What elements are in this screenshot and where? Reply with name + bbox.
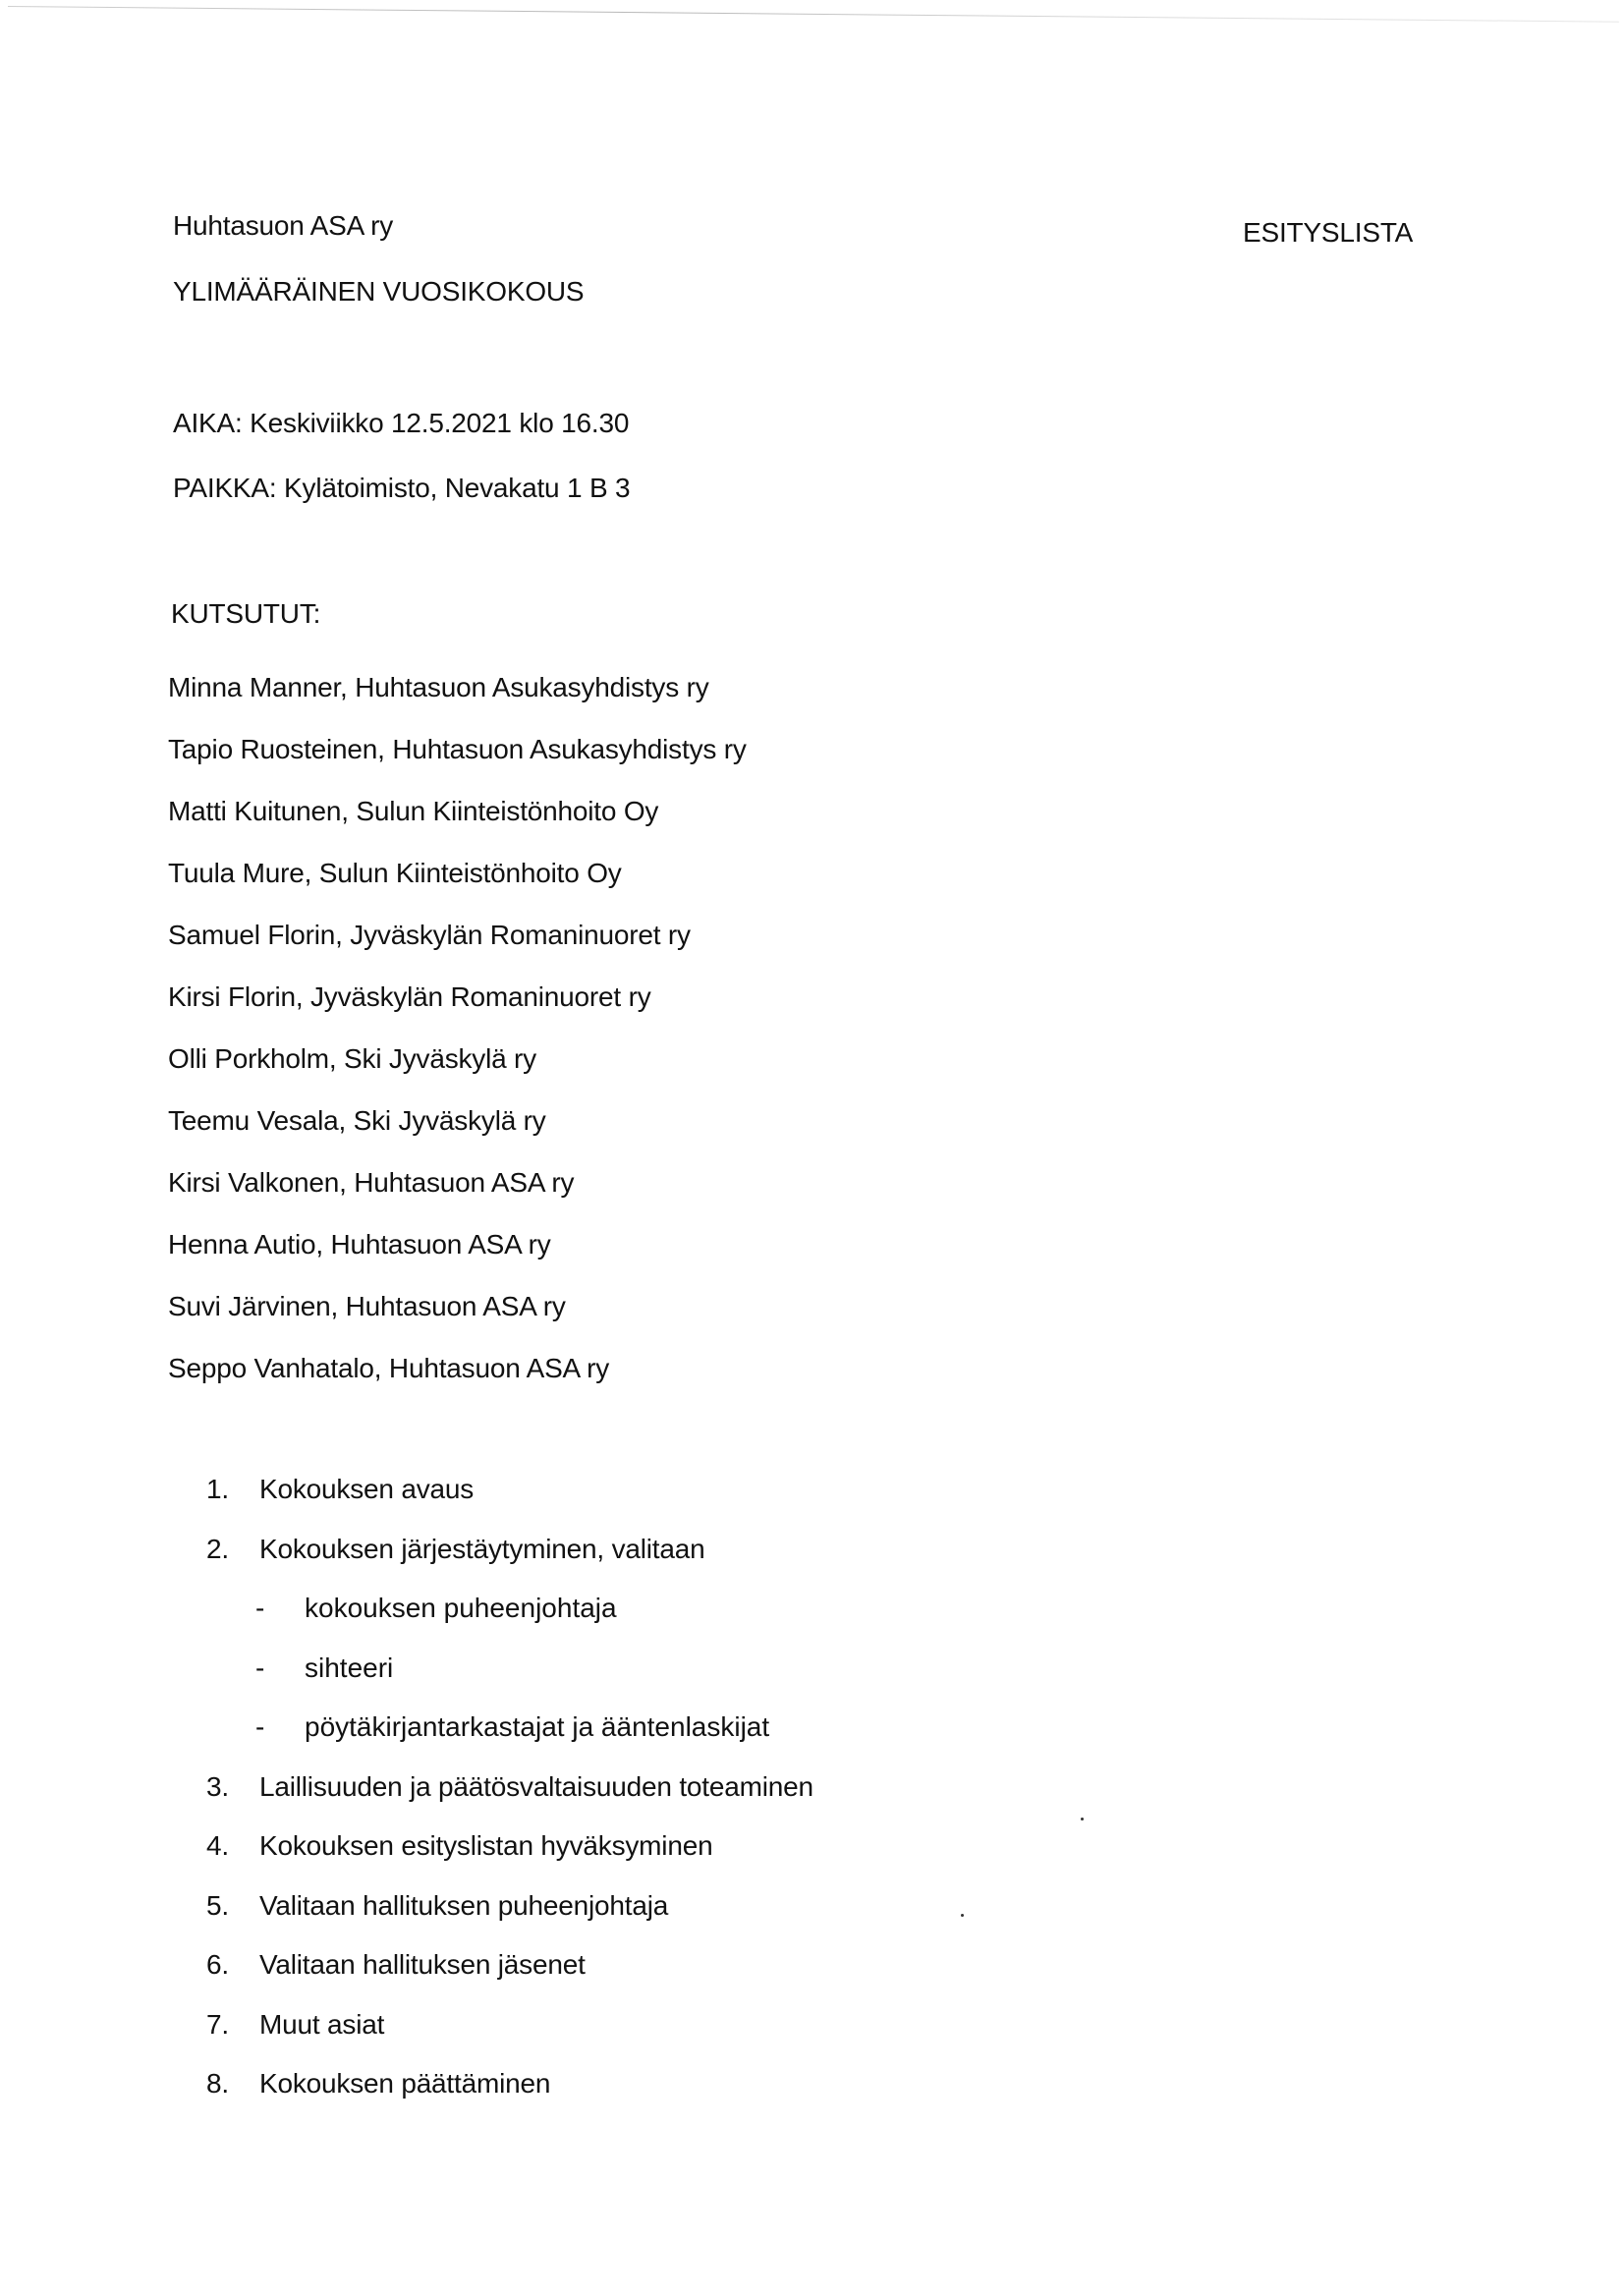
- meeting-title: YLIMÄÄRÄINEN VUOSIKOKOUS: [173, 278, 584, 306]
- agenda-subitem-text: kokouksen puheenjohtaja: [305, 1593, 617, 1624]
- bullet-dash: -: [255, 1711, 264, 1743]
- agenda-item-number: 2.: [206, 1534, 246, 1565]
- invitee: Suvi Järvinen, Huhtasuon ASA ry: [168, 1291, 747, 1353]
- meeting-place: PAIKKA: Kylätoimisto, Nevakatu 1 B 3: [173, 475, 630, 502]
- agenda-subitem-text: sihteeri: [305, 1652, 393, 1684]
- agenda-item-text: Kokouksen järjestäytyminen, valitaan: [259, 1534, 705, 1565]
- agenda-item-text: Valitaan hallituksen puheenjohtaja: [259, 1890, 668, 1922]
- agenda-subitem-text: pöytäkirjantarkastajat ja ääntenlaskijat: [305, 1711, 769, 1743]
- invitee: Olli Porkholm, Ski Jyväskylä ry: [168, 1043, 747, 1105]
- invitee: Teemu Vesala, Ski Jyväskylä ry: [168, 1105, 747, 1167]
- agenda-item-number: 7.: [206, 2009, 246, 2041]
- agenda-item-number: 8.: [206, 2068, 246, 2100]
- invitee-list: Minna Manner, Huhtasuon Asukasyhdistys r…: [168, 672, 747, 1415]
- invitee: Samuel Florin, Jyväskylän Romaninuoret r…: [168, 920, 747, 981]
- invited-heading: KUTSUTUT:: [171, 600, 320, 628]
- meeting-time: AIKA: Keskiviikko 12.5.2021 klo 16.30: [173, 410, 629, 437]
- scan-speck: [1081, 1818, 1084, 1820]
- agenda-item-number: 4.: [206, 1830, 246, 1862]
- document-type: ESITYSLISTA: [1243, 219, 1413, 247]
- invitee: Tapio Ruosteinen, Huhtasuon Asukasyhdist…: [168, 734, 747, 796]
- agenda-item-text: Kokouksen päättäminen: [259, 2068, 550, 2100]
- invitee: Kirsi Florin, Jyväskylän Romaninuoret ry: [168, 981, 747, 1043]
- invitee: Minna Manner, Huhtasuon Asukasyhdistys r…: [168, 672, 747, 734]
- invitee: Tuula Mure, Sulun Kiinteistönhoito Oy: [168, 858, 747, 920]
- agenda-item-text: Kokouksen esityslistan hyväksyminen: [259, 1830, 712, 1862]
- agenda-item-text: Muut asiat: [259, 2009, 384, 2041]
- invitee: Henna Autio, Huhtasuon ASA ry: [168, 1229, 747, 1291]
- agenda-item-text: Kokouksen avaus: [259, 1474, 474, 1505]
- agenda-item-number: 5.: [206, 1890, 246, 1922]
- invitee: Matti Kuitunen, Sulun Kiinteistönhoito O…: [168, 796, 747, 858]
- bullet-dash: -: [255, 1593, 264, 1624]
- agenda-item-number: 1.: [206, 1474, 246, 1505]
- agenda-item-number: 3.: [206, 1771, 246, 1803]
- agenda-item-text: Valitaan hallituksen jäsenet: [259, 1949, 586, 1981]
- invitee: Kirsi Valkonen, Huhtasuon ASA ry: [168, 1167, 747, 1229]
- organization-name: Huhtasuon ASA ry: [173, 212, 393, 240]
- scan-speck: [961, 1914, 964, 1917]
- scan-edge-line: [8, 6, 1619, 23]
- invitee: Seppo Vanhatalo, Huhtasuon ASA ry: [168, 1353, 747, 1415]
- agenda-item-number: 6.: [206, 1949, 246, 1981]
- agenda-item-text: Laillisuuden ja päätösvaltaisuuden totea…: [259, 1771, 813, 1803]
- bullet-dash: -: [255, 1652, 264, 1684]
